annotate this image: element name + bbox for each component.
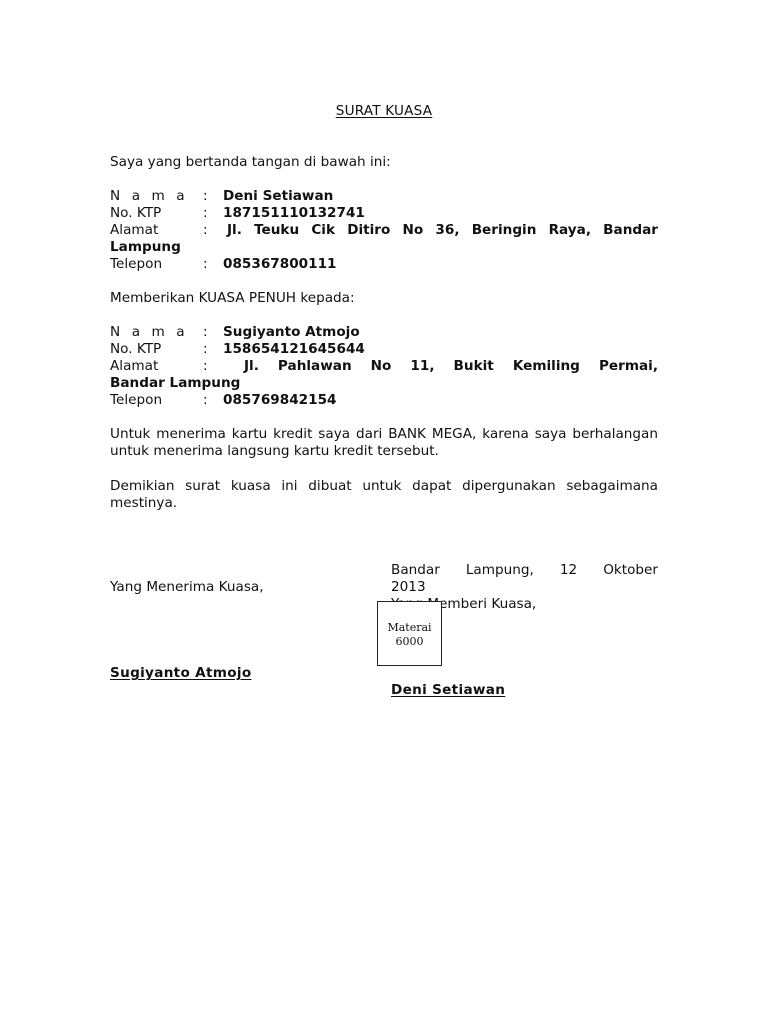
closing-paragraph: Demikian surat kuasa ini dibuat untuk da… — [110, 478, 658, 512]
grantor-ktp: 18715111013274​1 — [223, 205, 365, 222]
field-colon: : — [203, 341, 208, 358]
grantor-address-continued-row: Lampung — [110, 239, 658, 256]
grantor-name-row: N a m a : Deni Setiawan — [110, 188, 658, 205]
grantee-ktp: 158654121645644 — [223, 341, 365, 358]
field-label-phone: Telepon — [110, 256, 162, 273]
grantor-address-row: Alamat : Jl. Teuku Cik Ditiro No 36, Ber… — [110, 222, 658, 239]
field-label-ktp: No. KTP — [110, 341, 161, 358]
field-colon: : — [203, 222, 208, 239]
field-colon: : — [203, 205, 208, 222]
giver-signature-name: Deni Setiawan — [391, 682, 505, 699]
field-colon: : — [203, 256, 208, 273]
field-colon: : — [203, 392, 208, 409]
grantee-name: Sugiyanto Atmojo — [223, 324, 360, 341]
field-label-ktp: No. KTP — [110, 205, 161, 222]
purpose-paragraph: Untuk menerima kartu kredit saya dari BA… — [110, 426, 658, 460]
grantor-address-line1: Jl. Teuku Cik Ditiro No 36, Beringin Ray… — [227, 222, 658, 239]
field-label-phone: Telepon — [110, 392, 162, 409]
intro-text: Saya yang bertanda tangan di bawah ini: — [110, 154, 658, 171]
grantee-address-row: Alamat : Jl. Pahlawan No 11, Bukit Kemil… — [110, 358, 658, 375]
field-colon: : — [203, 188, 208, 205]
grantor-phone: 085367800111 — [223, 256, 337, 273]
receiver-signature-name: Sugiyanto Atmojo — [110, 665, 251, 682]
grantee-name-row: N a m a : Sugiyanto Atmojo — [110, 324, 658, 341]
field-label-address: Alamat — [110, 358, 158, 375]
document-title: SURAT KUASA — [110, 103, 658, 120]
stamp-value: 6000 — [378, 635, 441, 649]
place-date-line1: Bandar Lampung, 12 Oktober — [391, 562, 658, 579]
grantor-name: Deni Setiawan — [223, 188, 333, 205]
grantee-address-line1: Jl. Pahlawan No 11, Bukit Kemiling Perma… — [244, 358, 658, 375]
grantor-phone-row: Telepon : 085367800111 — [110, 256, 658, 273]
grantee-ktp-row: No. KTP : 158654121645644 — [110, 341, 658, 358]
field-colon: : — [203, 358, 208, 375]
stamp-label: Materai — [378, 621, 441, 635]
stamp-duty-box: Materai 6000 — [377, 601, 442, 666]
field-label-name: N a m a — [110, 324, 188, 341]
field-label-address: Alamat — [110, 222, 158, 239]
grantee-phone: 085769842154 — [223, 392, 337, 409]
receiver-label: Yang Menerima Kuasa, — [110, 579, 264, 596]
grantor-details: N a m a : Deni Setiawan No. KTP : 187151… — [110, 188, 658, 273]
grantor-address-line2: Lampung — [110, 239, 181, 256]
grantee-details: N a m a : Sugiyanto Atmojo No. KTP : 158… — [110, 324, 658, 409]
grantee-phone-row: Telepon : 085769842154 — [110, 392, 658, 409]
place-date-line2: 2013 — [391, 579, 658, 596]
field-label-name: N a m a — [110, 188, 188, 205]
grantee-address-line2: Bandar Lampung — [110, 375, 240, 392]
grantor-ktp-row: No. KTP : 18715111013274​1 — [110, 205, 658, 222]
grantee-address-continued-row: Bandar Lampung — [110, 375, 658, 392]
field-colon: : — [203, 324, 208, 341]
transfer-statement: Memberikan KUASA PENUH kepada: — [110, 290, 658, 307]
